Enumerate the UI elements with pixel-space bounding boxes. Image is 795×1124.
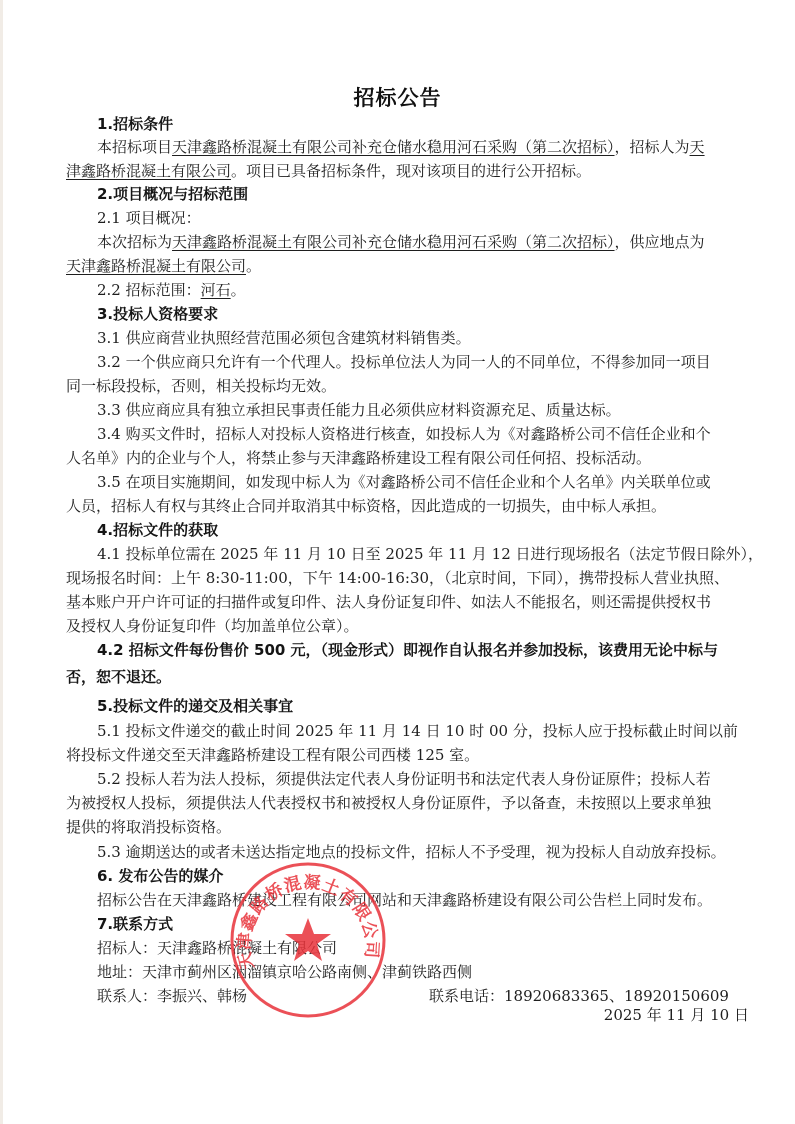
section-1-heading: 1.招标条件 [97, 112, 781, 136]
project-name: 天津鑫路桥混凝土有限公司补充仓储水稳用河石采购（第二次招标） [172, 138, 615, 156]
section-3-4-line-2: 人名单》内的企业与个人，将禁止参与天津鑫路桥建设工程有限公司任何招、投标活动。 [66, 446, 750, 470]
section-5-2-line-3: 提供的将取消投标资格。 [66, 815, 750, 839]
section-5-1-line-2: 将投标文件递交至天津鑫路桥建设工程有限公司西楼 125 室。 [66, 743, 750, 767]
section-3-1: 3.1 供应商营业执照经营范围必须包含建筑材料销售类。 [97, 326, 781, 350]
section-4-1-line-4: 及授权人身份证复印件（均加盖单位公章）。 [66, 614, 750, 638]
section-3-5-line-2: 人员，招标人有权与其终止合同并取消其中标资格，因此造成的一切损失，由中标人承担。 [66, 494, 750, 518]
text: ，招标人为 [615, 138, 690, 156]
section-5-1-line-1: 5.1 投标文件递交的截止时间 2025 年 11 月 14 日 10 时 00… [97, 719, 781, 743]
section-3-2-line-1: 3.2 一个供应商只允许有一个代理人。投标单位法人为同一人的不同单位，不得参加同… [97, 350, 781, 374]
section-2-2: 2.2 招标范围：河石。 [97, 278, 781, 302]
section-3-2-line-2: 同一标段投标，否则，相关投标均无效。 [66, 374, 750, 398]
section-2-heading: 2.项目概况与招标范围 [97, 182, 781, 206]
section-4-1-line-2: 现场报名时间：上午 8:30-11:00，下午 14:00-16:30，（北京时… [66, 566, 750, 590]
contact-address: 地址：天津市蓟州区洇溜镇京哈公路南侧、津蓟铁路西侧 [97, 960, 781, 984]
contact-persons: 联系人：李振兴、韩杨 [97, 987, 247, 1005]
text: 2.2 招标范围： [97, 281, 201, 299]
section-2-1-label: 2.1 项目概况： [97, 206, 781, 230]
project-name: 天津鑫路桥混凝土有限公司补充仓储水稳用河石采购（第二次招标） [172, 233, 615, 251]
section-3-3: 3.3 供应商应具有独立承担民事责任能力且必须供应材料资源充足、质量达标。 [97, 398, 781, 422]
text: 。项目已具备招标条件，现对该项目的进行公开招标。 [231, 162, 591, 180]
document-date: 2025 年 11 月 10 日 [604, 1003, 749, 1027]
section-2-1-line-2: 天津鑫路桥混凝土有限公司。 [66, 254, 750, 278]
section-4-heading: 4.招标文件的获取 [97, 518, 781, 542]
tenderer-name-part: 天 [690, 138, 705, 156]
section-4-2-line-1: 4.2 招标文件每份售价 500 元，（现金形式）即视作自认报名并参加投标，该费… [97, 638, 781, 662]
page-edge [0, 0, 3, 1124]
section-6-body: 招标公告在天津鑫路桥建设工程有限公司网站和天津鑫路桥建设有限公司公告栏上同时发布… [97, 888, 781, 912]
section-3-heading: 3.投标人资格要求 [97, 302, 781, 326]
section-4-1-line-3: 基本账户开户许可证的扫描件或复印件、法人身份证复印件、如法人不能报名，则还需提供… [66, 590, 750, 614]
tender-scope: 河石 [201, 281, 231, 299]
section-4-2-line-2: 否，恕不退还。 [66, 665, 750, 689]
section-1-paragraph-line-1: 本招标项目天津鑫路桥混凝土有限公司补充仓储水稳用河石采购（第二次招标），招标人为… [97, 135, 750, 159]
section-6-heading: 6. 发布公告的媒介 [97, 864, 781, 888]
section-2-1-line-1: 本次招标为天津鑫路桥混凝土有限公司补充仓储水稳用河石采购（第二次招标），供应地点… [97, 230, 781, 254]
supply-location: 天津鑫路桥混凝土有限公司 [66, 257, 246, 275]
section-7-heading: 7.联系方式 [97, 912, 781, 936]
text: 本次招标为 [97, 233, 172, 251]
section-5-2-line-2: 为被授权人投标，须提供法人代表授权书和被授权人身份证原件，予以备查，未按照以上要… [66, 791, 750, 815]
tenderer-name-part: 津鑫路桥混凝土有限公司 [66, 162, 231, 180]
text: 。 [246, 257, 261, 275]
text: 。 [231, 281, 246, 299]
section-4-1-line-1: 4.1 投标单位需在 2025 年 11 月 10 日至 2025 年 11 月… [97, 542, 781, 566]
section-1-paragraph-line-2: 津鑫路桥混凝土有限公司。项目已具备招标条件，现对该项目的进行公开招标。 [66, 159, 750, 183]
section-5-heading: 5.投标文件的递交及相关事宜 [97, 694, 781, 718]
text: 本招标项目 [97, 138, 172, 156]
section-3-5-line-1: 3.5 在项目实施期间，如发现中标人为《对鑫路桥公司不信任企业和个人名单》内关联… [97, 470, 781, 494]
section-5-3: 5.3 逾期送达的或者未送达指定地点的投标文件，招标人不予受理，视为投标人自动放… [97, 840, 781, 864]
text: ，供应地点为 [615, 233, 705, 251]
section-3-4-line-1: 3.4 购买文件时，招标人对投标人资格进行核查，如投标人为《对鑫路桥公司不信任企… [97, 422, 781, 446]
section-5-2-line-1: 5.2 投标人若为法人投标，须提供法定代表人身份证明书和法定代表人身份证原件；投… [97, 767, 781, 791]
document-title: 招标公告 [0, 82, 795, 112]
contact-tenderer: 招标人：天津鑫路桥混凝土有限公司 [97, 936, 781, 960]
